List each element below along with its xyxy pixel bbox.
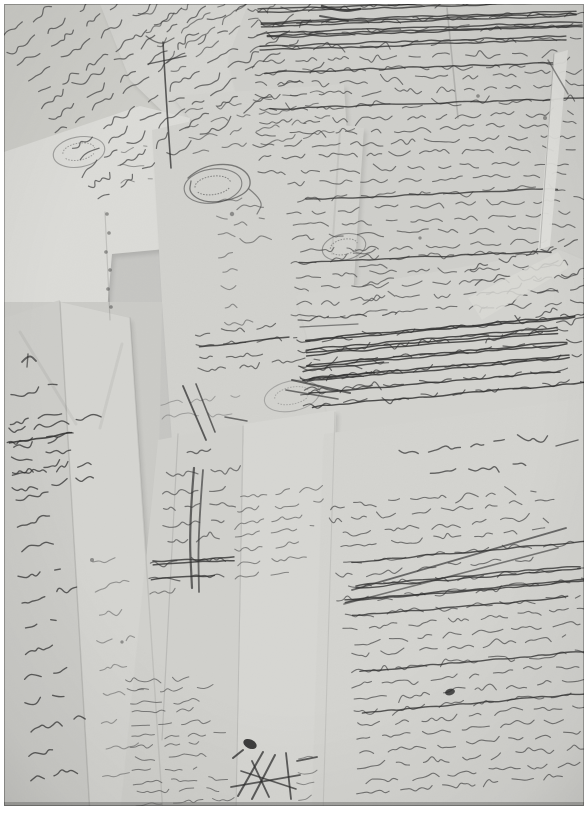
photo-vignette <box>4 4 584 806</box>
photo-scene <box>0 0 588 816</box>
manuscripts-photograph <box>0 0 588 816</box>
photo-frame <box>0 0 588 816</box>
book-page <box>0 0 588 816</box>
